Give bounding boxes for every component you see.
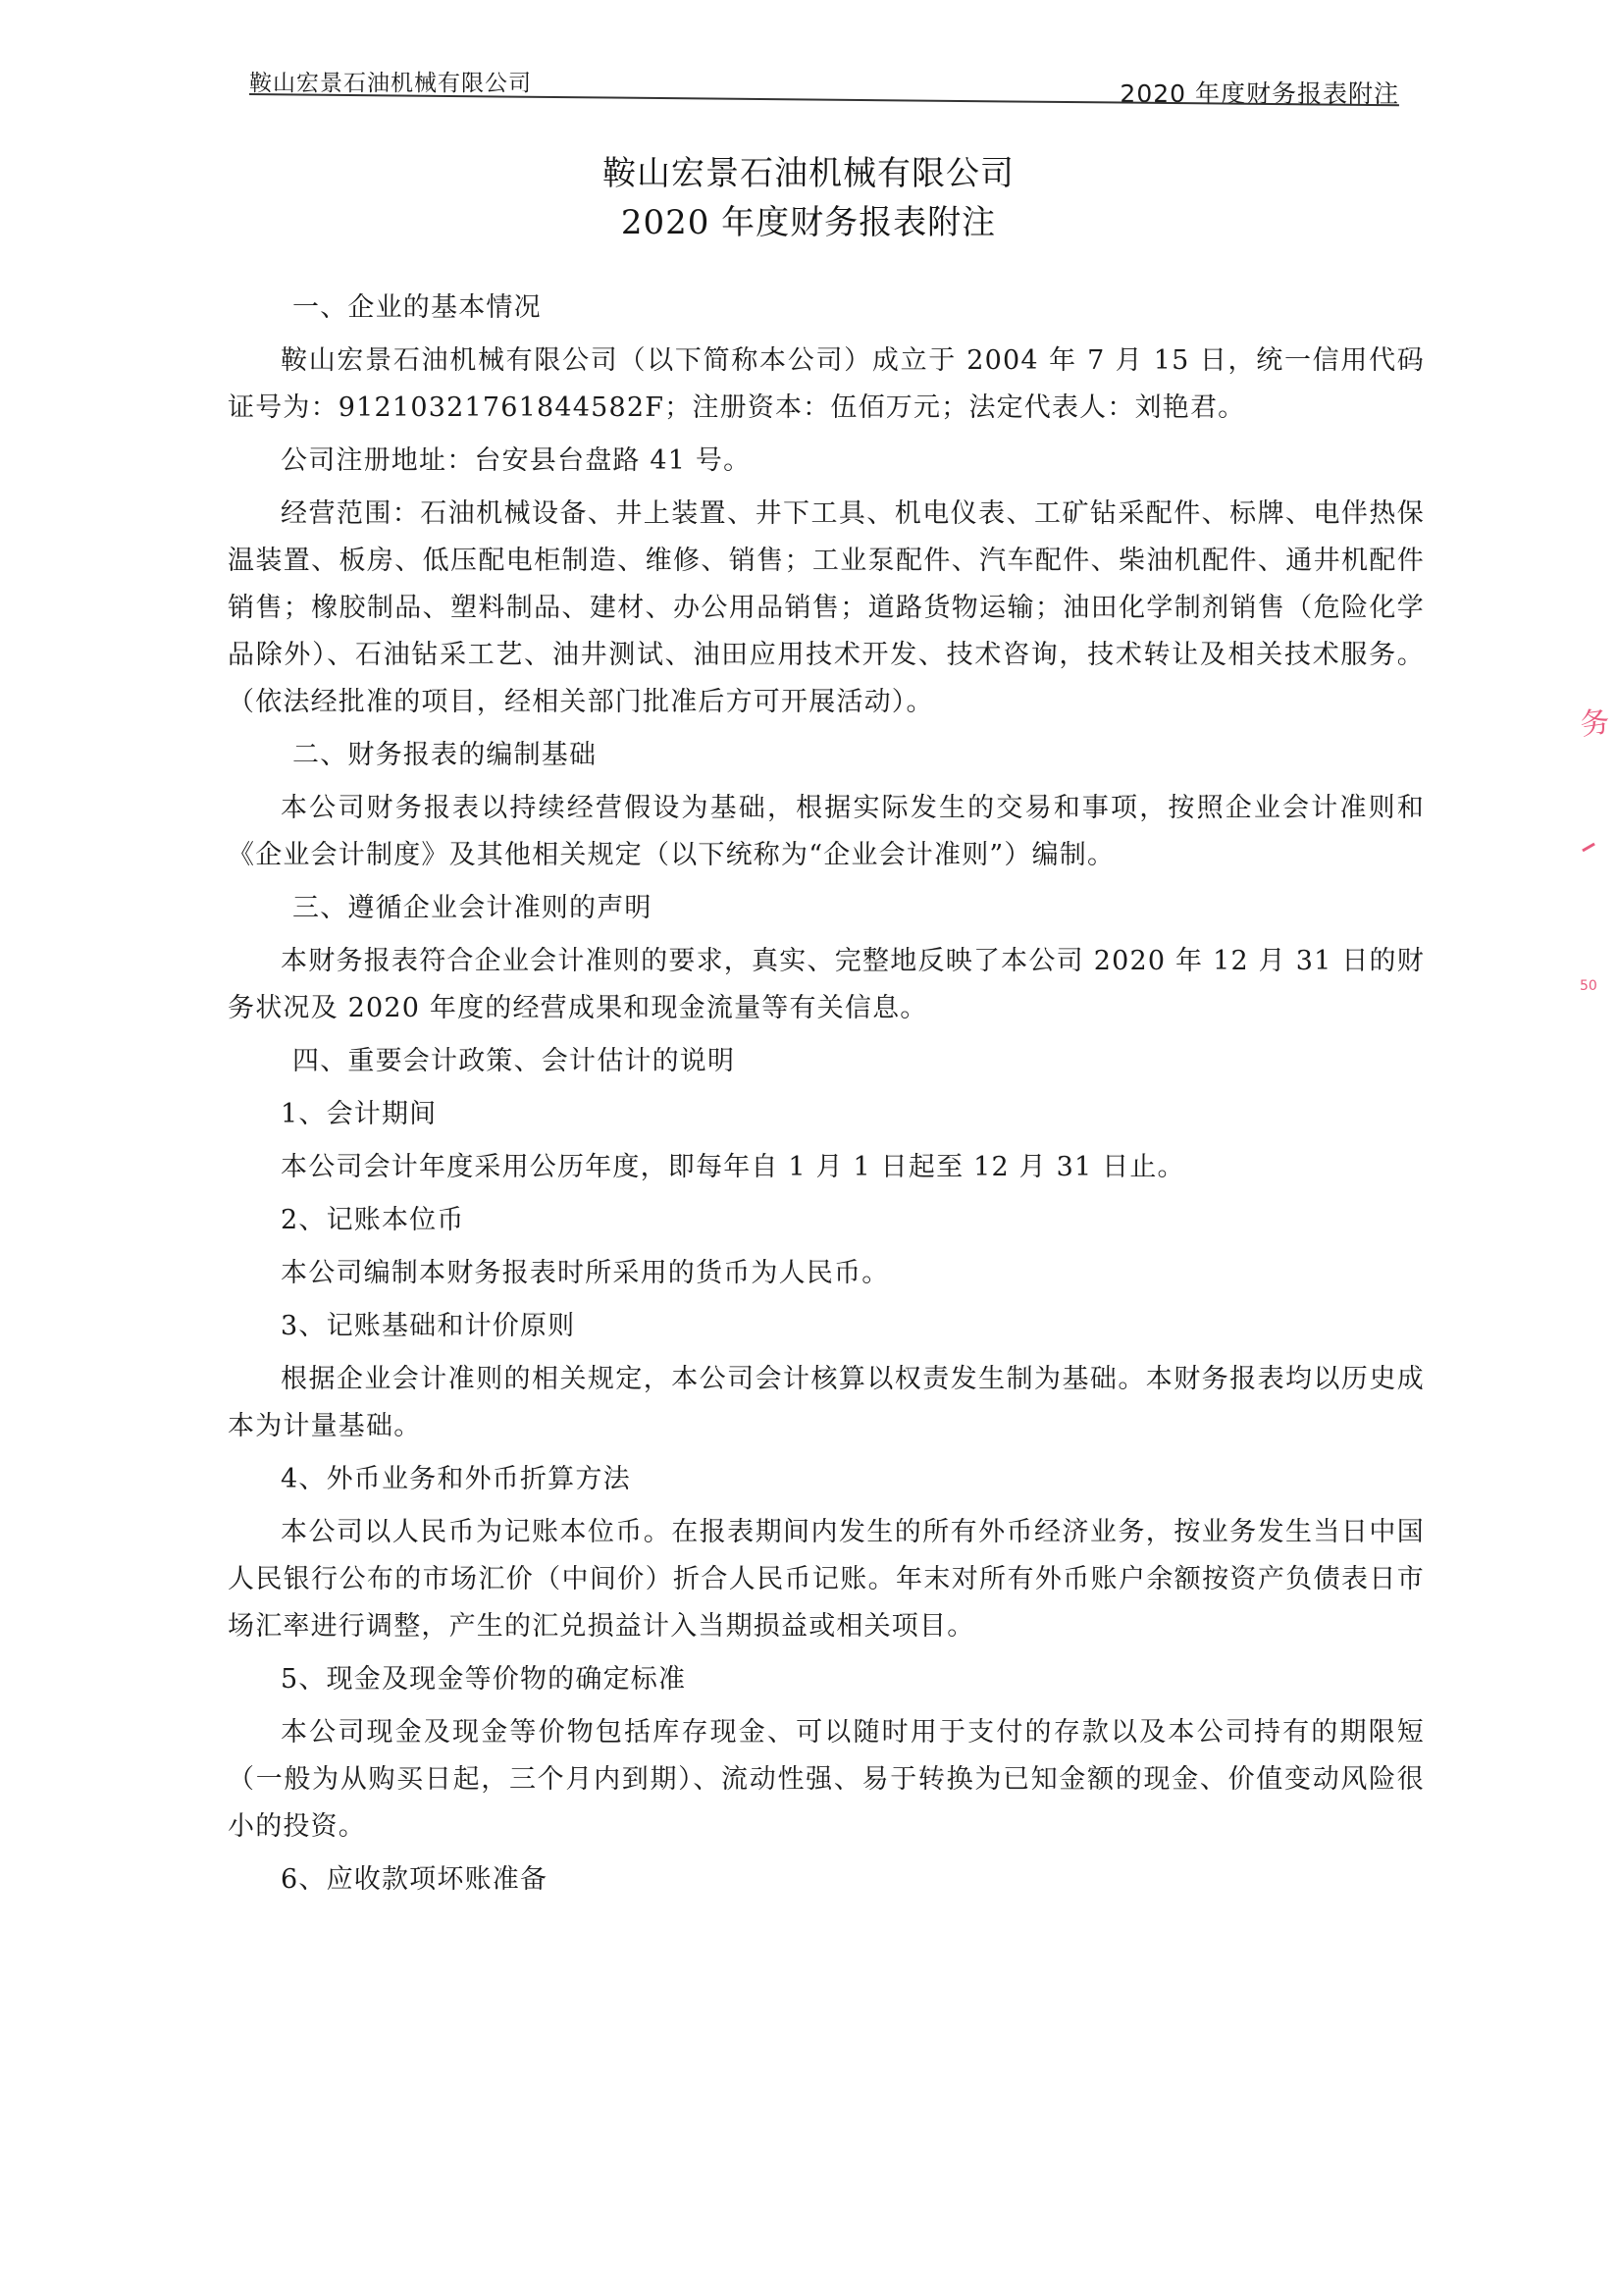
subsection-heading-functional-currency: 2、记账本位币 xyxy=(228,1197,1425,1244)
paragraph-accounting-period: 本公司会计年度采用公历年度，即每年自 1 月 1 日起至 12 月 31 日止。 xyxy=(228,1144,1425,1191)
document-body: 一、企业的基本情况 鞍山宏景石油机械有限公司（以下简称本公司）成立于 2004 … xyxy=(228,285,1425,1909)
paragraph-business-scope: 经营范围：石油机械设备、井上装置、井下工具、机电仪表、工矿钻采配件、标牌、电伴热… xyxy=(228,491,1425,726)
paragraph-company-registration: 鞍山宏景石油机械有限公司（以下简称本公司）成立于 2004 年 7 月 15 日… xyxy=(228,338,1425,432)
stamp-digit-fragment: 50 xyxy=(1580,978,1597,994)
paragraph-preparation-basis: 本公司财务报表以持续经营假设为基础，根据实际发生的交易和事项，按照企业会计准则和… xyxy=(228,785,1425,879)
section-heading-basic-info: 一、企业的基本情况 xyxy=(228,285,1425,332)
subsection-heading-accounting-period: 1、会计期间 xyxy=(228,1091,1425,1138)
header-company-name: 鞍山宏景石油机械有限公司 xyxy=(249,65,532,97)
document-page: 鞍山宏景石油机械有限公司 2020 年度财务报表附注 鞍山宏景石油机械有限公司 … xyxy=(0,0,1617,2296)
subsection-heading-foreign-currency: 4、外币业务和外币折算方法 xyxy=(228,1456,1425,1503)
subsection-heading-bad-debt-provision: 6、应收款项坏账准备 xyxy=(228,1856,1425,1904)
subsection-heading-cash-equivalents: 5、现金及现金等价物的确定标准 xyxy=(228,1656,1425,1703)
paragraph-functional-currency: 本公司编制本财务报表时所采用的货币为人民币。 xyxy=(228,1250,1425,1297)
paragraph-compliance-statement: 本财务报表符合企业会计准则的要求，真实、完整地反映了本公司 2020 年 12 … xyxy=(228,938,1425,1032)
stamp-mark-fragment xyxy=(1582,843,1595,853)
title-report: 2020 年度财务报表附注 xyxy=(0,198,1617,247)
paragraph-accounting-basis: 根据企业会计准则的相关规定，本公司会计核算以权责发生制为基础。本财务报表均以历史… xyxy=(228,1356,1425,1450)
subsection-heading-accounting-basis: 3、记账基础和计价原则 xyxy=(228,1303,1425,1350)
section-heading-accounting-policies: 四、重要会计政策、会计估计的说明 xyxy=(228,1038,1425,1085)
section-heading-preparation-basis: 二、财务报表的编制基础 xyxy=(228,732,1425,779)
section-heading-compliance-statement: 三、遵循企业会计准则的声明 xyxy=(228,885,1425,932)
stamp-char-fragment: 务 xyxy=(1577,697,1612,744)
paragraph-foreign-currency: 本公司以人民币为记账本位币。在报表期间内发生的所有外币经济业务，按业务发生当日中… xyxy=(228,1509,1425,1650)
title-company: 鞍山宏景石油机械有限公司 xyxy=(0,149,1617,198)
paragraph-cash-equivalents: 本公司现金及现金等价物包括库存现金、可以随时用于支付的存款以及本公司持有的期限短… xyxy=(228,1709,1425,1851)
seal-stamp-fragment: 务 50 xyxy=(1580,699,1609,1052)
document-title-block: 鞍山宏景石油机械有限公司 2020 年度财务报表附注 xyxy=(0,149,1617,247)
paragraph-registered-address: 公司注册地址：台安县台盘路 41 号。 xyxy=(228,438,1425,485)
